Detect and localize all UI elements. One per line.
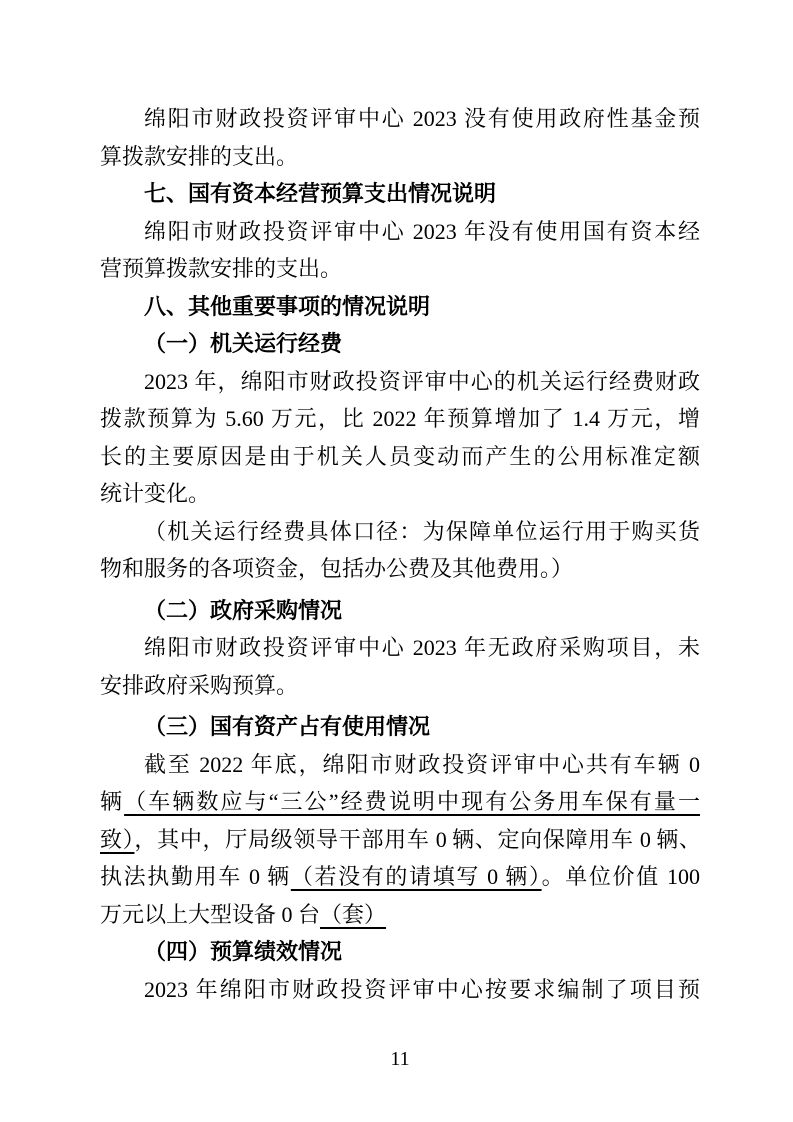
section-heading-seven: 七、国有资本经营预算支出情况说明 — [100, 175, 700, 213]
subsection-heading-two: （二）政府采购情况 — [100, 592, 700, 630]
body-text: 万元以上大型设备 0 台 — [100, 902, 320, 927]
subsection-heading-four: （四）预算绩效情况 — [100, 933, 700, 971]
body-line: 安排政府采购预算。 — [100, 667, 700, 705]
body-text: 辆 — [100, 789, 124, 814]
body-line: 长的主要原因是由于机关人员变动而产生的公用标准定额 — [100, 438, 700, 476]
body-line: 算拨款安排的支出。 — [100, 138, 700, 176]
body-line: 拨款预算为 5.60 万元，比 2022 年预算增加了 1.4 万元，增 — [100, 400, 700, 438]
underlined-note: （若没有的请填写 0 辆） — [291, 864, 542, 889]
subsection-heading-three: （三）国有资产占有使用情况 — [100, 708, 700, 746]
document-content: 绵阳市财政投资评审中心 2023 没有使用政府性基金预 算拨款安排的支出。 七、… — [100, 100, 700, 1074]
document-page: 绵阳市财政投资评审中心 2023 没有使用政府性基金预 算拨款安排的支出。 七、… — [0, 0, 793, 1122]
body-line: 执法执勤用车 0 辆（若没有的请填写 0 辆）。单位价值 100 — [100, 858, 700, 896]
body-line: 2023 年，绵阳市财政投资评审中心的机关运行经费财政 — [100, 363, 700, 401]
body-line: 截至 2022 年底，绵阳市财政投资评审中心共有车辆 0 — [100, 746, 700, 784]
underlined-note: （套） — [320, 902, 386, 927]
body-line: 绵阳市财政投资评审中心 2023 年无政府采购项目，未 — [100, 629, 700, 667]
section-heading-eight: 八、其他重要事项的情况说明 — [100, 288, 700, 326]
body-line: 万元以上大型设备 0 台（套） — [100, 896, 700, 934]
body-line: 统计变化。 — [100, 475, 700, 513]
underlined-note: （车辆数应与“三公”经费说明中现有公务用车保有量一 — [124, 789, 700, 814]
body-line: 营预算拨款安排的支出。 — [100, 250, 700, 288]
body-line: 致），其中，厅局级领导干部用车 0 辆、定向保障用车 0 辆、 — [100, 821, 700, 859]
subsection-heading-one: （一）机关运行经费 — [100, 325, 700, 363]
page-number: 11 — [100, 1044, 700, 1074]
underlined-note: 致） — [100, 827, 134, 852]
body-line: 绵阳市财政投资评审中心 2023 没有使用政府性基金预 — [100, 100, 700, 138]
body-line: 物和服务的各项资金，包括办公费及其他费用。） — [100, 550, 700, 588]
body-line: 绵阳市财政投资评审中心 2023 年没有使用国有资本经 — [100, 213, 700, 251]
body-text: 执法执勤用车 0 辆 — [100, 864, 291, 889]
body-text: ，其中，厅局级领导干部用车 0 辆、定向保障用车 0 辆、 — [134, 827, 700, 852]
body-line: 辆（车辆数应与“三公”经费说明中现有公务用车保有量一 — [100, 783, 700, 821]
body-line: （机关运行经费具体口径：为保障单位运行用于购买货 — [100, 513, 700, 551]
body-line: 2023 年绵阳市财政投资评审中心按要求编制了项目预 — [100, 971, 700, 1009]
body-text: 。单位价值 100 — [542, 864, 700, 889]
